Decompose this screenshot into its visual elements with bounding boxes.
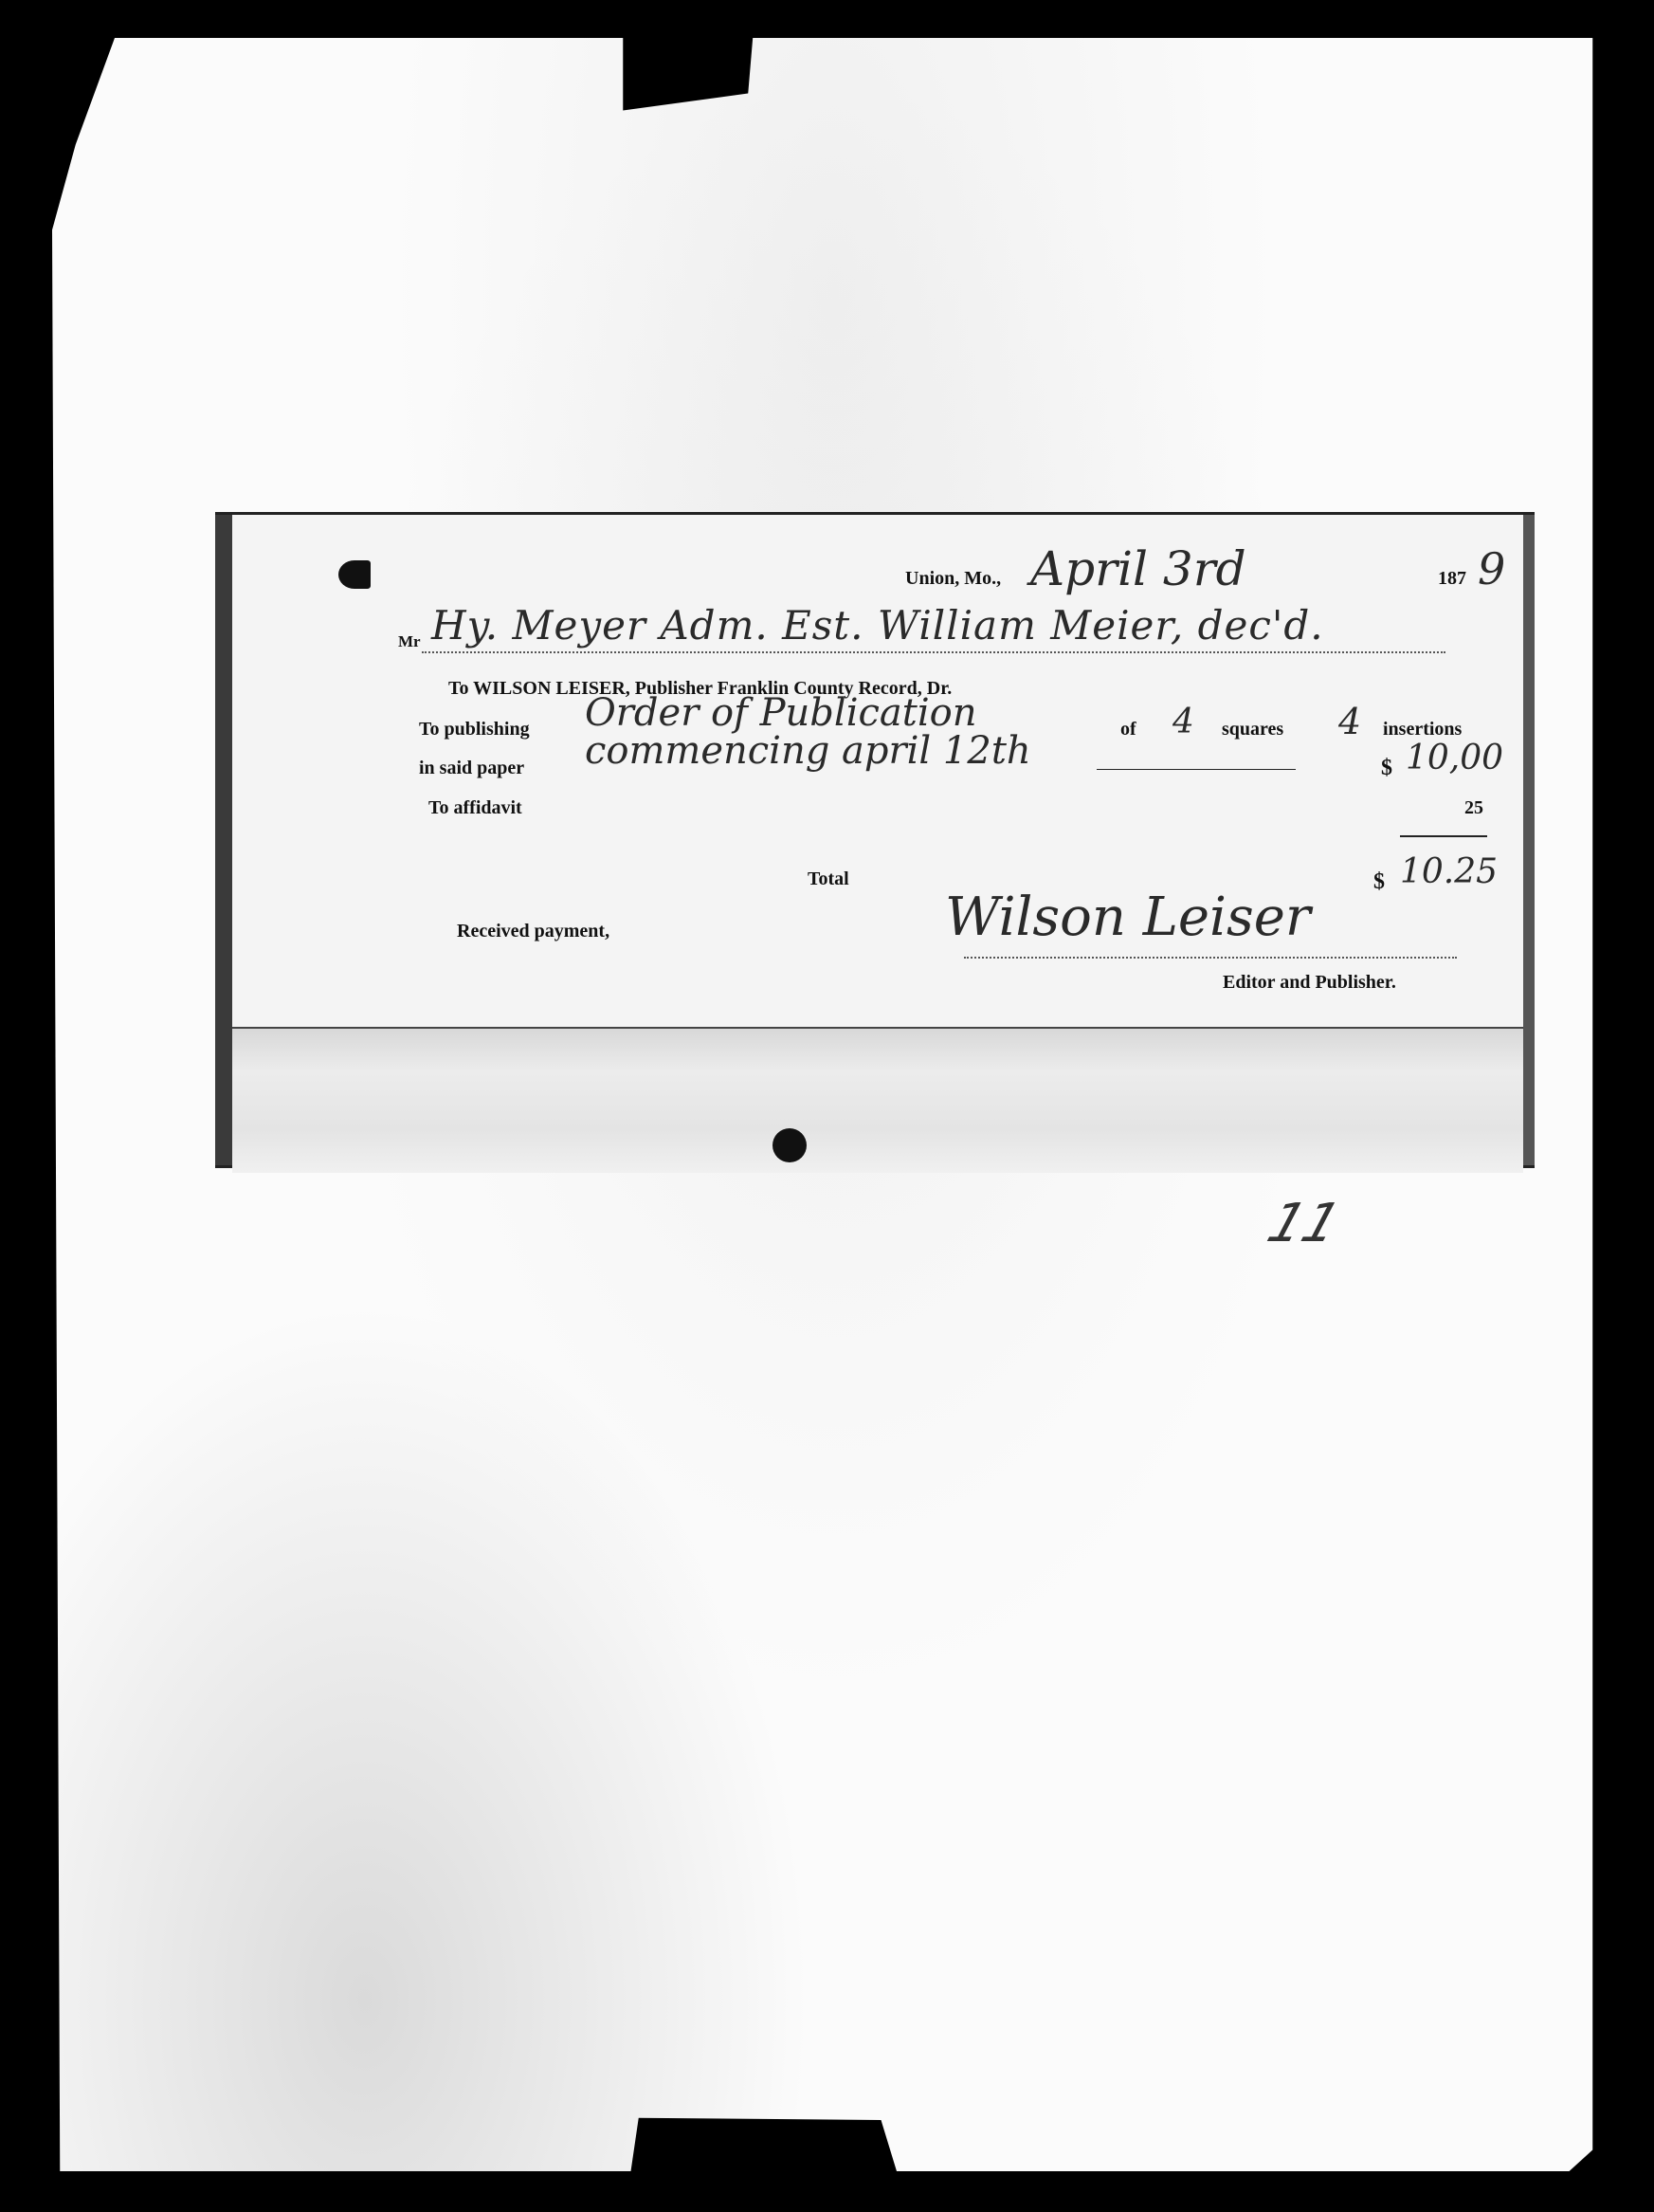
recipient-handwritten: Hy. Meyer Adm. Est. William Meier, dec'd… <box>431 602 1324 649</box>
recipient-prefix: Mr <box>398 632 421 651</box>
affidavit-amount: 25 <box>1464 797 1483 819</box>
ink-blot-icon <box>772 1128 807 1162</box>
ink-blot-icon <box>338 560 371 589</box>
insertions-value: 4 <box>1338 701 1361 742</box>
receipt-left-edge <box>215 515 232 1165</box>
insertions-label: insertions <box>1383 719 1462 740</box>
receipt-right-edge <box>1523 515 1535 1165</box>
year-printed: 187 <box>1438 568 1466 590</box>
location-label: Union, Mo., <box>905 568 1001 590</box>
total-currency: $ <box>1373 869 1385 895</box>
line-item-label: To publishing <box>419 719 530 740</box>
currency-symbol: $ <box>1381 756 1392 781</box>
signature-handwritten: Wilson Leiser <box>945 887 1311 948</box>
date-handwritten: April 3rd <box>1030 541 1246 596</box>
squares-value: 4 <box>1172 703 1194 741</box>
recipient-rule <box>422 651 1445 653</box>
total-handwritten: 10.25 <box>1400 852 1498 891</box>
line-item-label: in said paper <box>419 758 524 779</box>
receipt-fold <box>232 1027 1523 1173</box>
total-label: Total <box>808 868 849 890</box>
year-handwritten: 9 <box>1478 543 1505 594</box>
scanned-page: Union, Mo., April 3rd 187 9 Mr Hy. Meyer… <box>52 38 1616 2171</box>
fill-line <box>1097 769 1296 770</box>
margin-mark: 11 <box>1260 1193 1347 1254</box>
amount-handwritten: 10,00 <box>1406 739 1503 777</box>
line-item-label: To affidavit <box>428 797 522 819</box>
total-rule <box>1400 835 1487 837</box>
receipt: Union, Mo., April 3rd 187 9 Mr Hy. Meyer… <box>215 512 1535 1168</box>
of-label: of <box>1120 719 1136 740</box>
received-payment-label: Received payment, <box>457 921 609 942</box>
signature-rule <box>964 957 1457 959</box>
line-item-description: commencing april 12th <box>585 729 1031 773</box>
signature-title: Editor and Publisher. <box>1223 972 1396 994</box>
squares-label: squares <box>1222 719 1283 740</box>
